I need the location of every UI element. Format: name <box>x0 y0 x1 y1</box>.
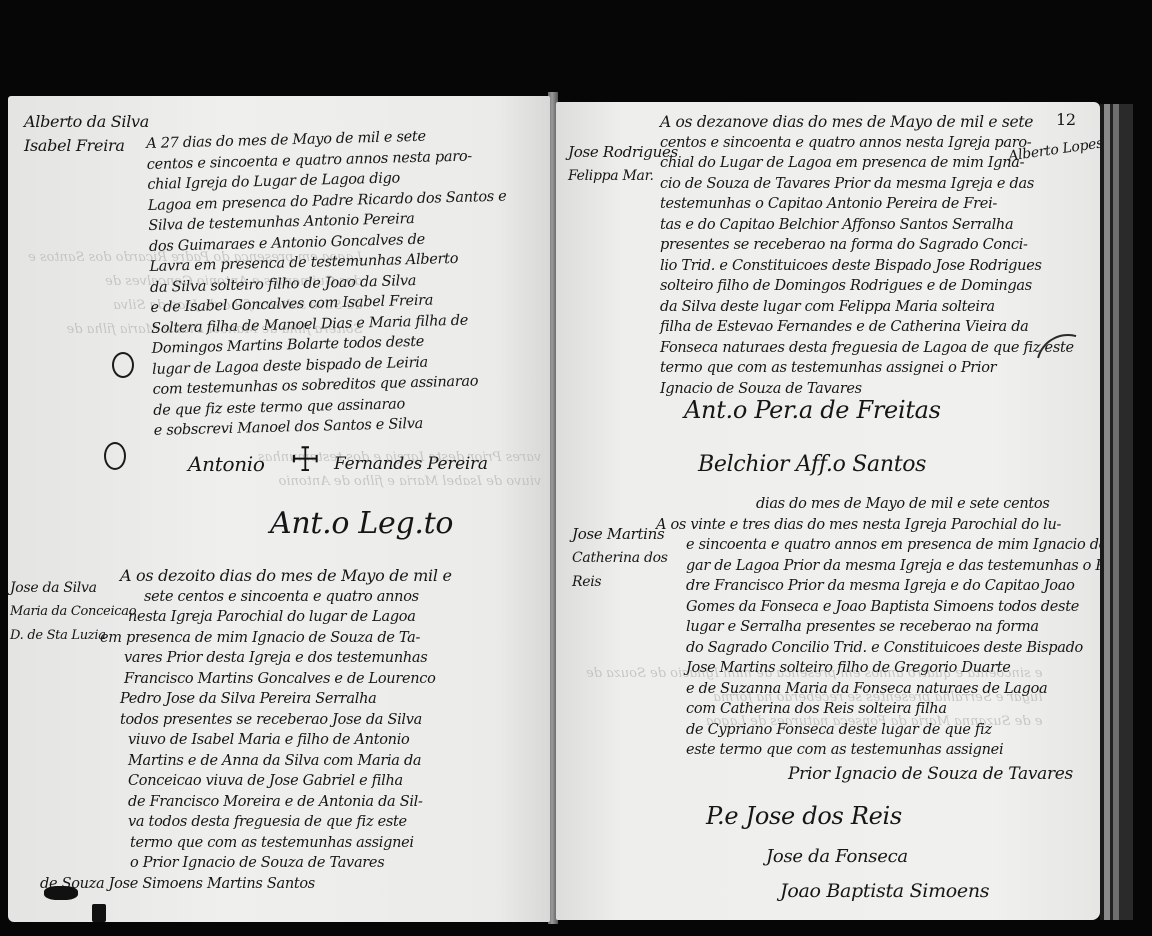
closing-signature: P.e Jose dos Reis <box>706 802 902 830</box>
signature-left-name: Antonio <box>188 452 265 476</box>
margin-note-entry1: Alberto da Silva Isabel Freira <box>24 110 149 158</box>
closing-signature: Joao Baptista Simoens <box>780 880 989 902</box>
margin-name: Maria da Conceicao <box>10 600 136 624</box>
closing-signature: Jose da Fonseca <box>766 846 908 867</box>
margin-loop-mark <box>104 442 126 470</box>
flourish-signature: Ant.o Per.a de Freitas <box>684 396 941 424</box>
margin-name: Jose da Silva <box>10 576 136 600</box>
marriage-entry-2: dias do mes de Mayo de mil e sete centos… <box>656 494 1100 761</box>
margin-name: Alberto da Silva <box>24 110 149 134</box>
closing-signature: Prior Ignacio de Souza de Tavares <box>788 764 1073 784</box>
margin-name: Catherina dos <box>572 546 668 570</box>
margin-name: Jose Martins <box>572 522 668 546</box>
margin-name: Isabel Freira <box>24 134 149 158</box>
right-page: e sincoenta e quatro annos em presenca d… <box>556 102 1100 920</box>
margin-name: Reis <box>572 570 668 594</box>
belchior-signature: Belchior Aff.o Santos <box>698 452 926 477</box>
large-signature: Ant.o Leg.to <box>270 506 453 541</box>
margin-note-entry2: Jose Martins Catherina dos Reis <box>572 522 668 594</box>
left-page: Lagoa em presenca do Padre Ricardo dos S… <box>8 96 550 922</box>
margin-loop-mark <box>112 352 134 378</box>
marriage-entry-2: A os dezoito dias do mes de Mayo de mil … <box>120 566 452 894</box>
binding-edge <box>1119 104 1133 920</box>
marriage-entry-1: A os dezanove dias do mes de Mayo de mil… <box>660 112 1074 399</box>
ink-blot <box>44 886 78 900</box>
ink-blot <box>92 904 106 922</box>
signature-right-name: Fernandes Pereira <box>334 454 488 474</box>
cross-mark-icon: ☩ <box>290 440 320 480</box>
marriage-entry-1: A 27 dias do mes de Mayo de mil e sete c… <box>146 125 513 442</box>
